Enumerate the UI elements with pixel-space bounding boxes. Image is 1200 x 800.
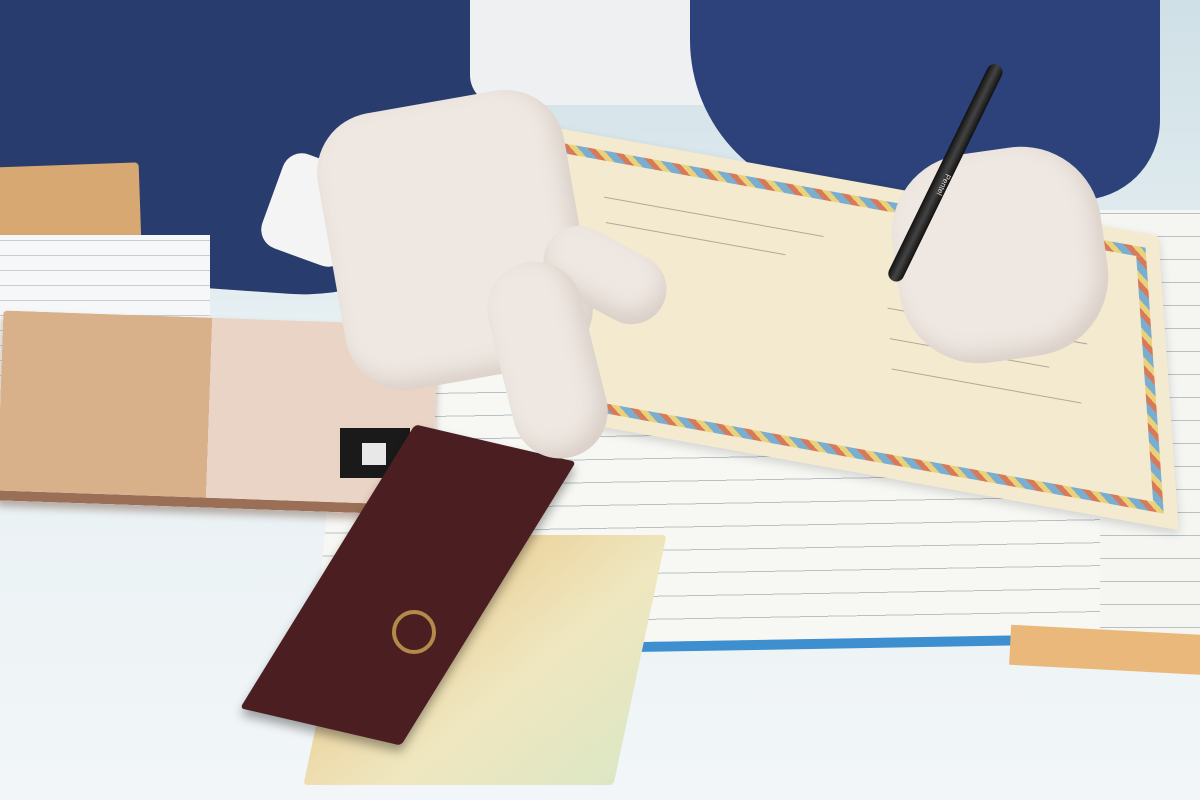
passport-emblem-icon [392,610,436,654]
registry-book-edge [1009,625,1200,675]
photo-scene: Pentel [0,0,1200,800]
